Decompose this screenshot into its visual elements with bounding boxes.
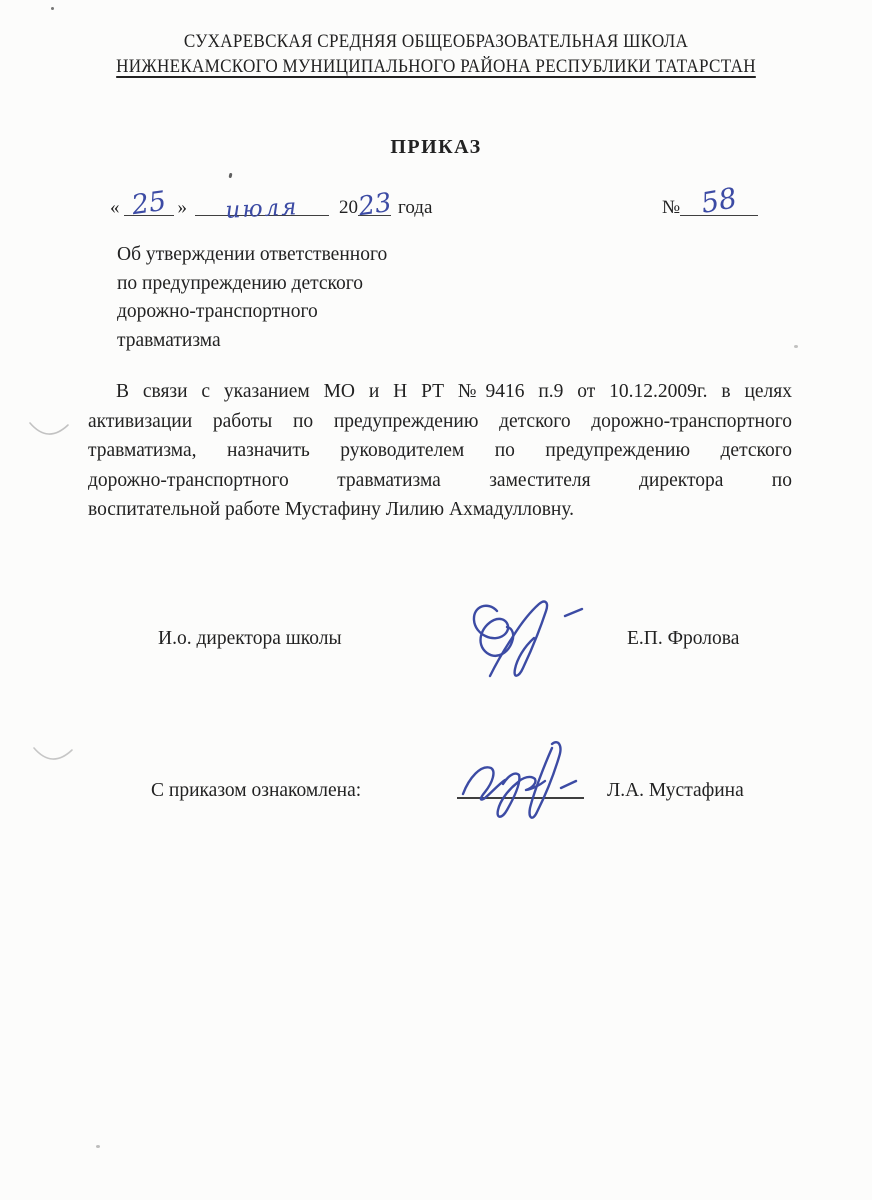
handwritten-year: 23 xyxy=(356,190,392,220)
scan-speck xyxy=(229,173,233,179)
body-line: дорожно-транспортного травматизма замест… xyxy=(88,466,792,496)
school-name: СУХАРЕВСКАЯ СРЕДНЯЯ ОБЩЕОБРАЗОВАТЕЛЬНАЯ … xyxy=(44,31,829,53)
body-line: травматизма, назначить руководителем по … xyxy=(88,436,792,466)
scanned-order-document: СУХАРЕВСКАЯ СРЕДНЯЯ ОБЩЕОБРАЗОВАТЕЛЬНАЯ … xyxy=(0,0,872,1200)
body-line: воспитательной работе Мустафину Лилию Ах… xyxy=(88,495,792,525)
number-blank: 58 xyxy=(680,195,758,216)
subject-line: травматизма xyxy=(117,327,387,356)
close-quote: » xyxy=(178,197,188,219)
director-role-label: И.о. директора школы xyxy=(158,628,342,650)
punch-hole-arc xyxy=(32,742,74,772)
order-number-line: № 58 xyxy=(662,192,758,219)
frolova-signature-icon xyxy=(466,594,591,686)
handwritten-number: 58 xyxy=(699,184,739,218)
year-blank: 23 xyxy=(358,195,391,216)
body-line: активизации работы по предупреждению дет… xyxy=(88,407,792,437)
subject-line: по предупреждению детского xyxy=(117,270,387,299)
subject-line: дорожно-транспортного xyxy=(117,298,387,327)
handwritten-day: 25 xyxy=(130,188,168,220)
scan-speck xyxy=(794,345,798,348)
acknowledgement-label: С приказом ознакомлена: xyxy=(151,780,361,802)
scan-speck xyxy=(51,7,54,10)
date-line: « 25 » июля 20 23 года xyxy=(110,192,432,219)
year-suffix: года xyxy=(398,197,432,219)
district-name: НИЖНЕКАМСКОГО МУНИЦИПАЛЬНОГО РАЙОНА РЕСП… xyxy=(44,56,829,78)
subject-block: Об утверждении ответственного по предупр… xyxy=(117,241,387,355)
subject-line: Об утверждении ответственного xyxy=(117,241,387,270)
document-title: ПРИКАЗ xyxy=(0,136,872,159)
open-quote: « xyxy=(110,197,120,219)
handwritten-month: июля xyxy=(225,196,299,223)
punch-hole-arc xyxy=(28,417,70,447)
scan-speck xyxy=(96,1145,100,1148)
body-line: В связи с указанием МО и Н РТ №9416 п.9 … xyxy=(88,377,792,407)
month-blank: июля xyxy=(195,195,329,216)
century-prefix: 20 xyxy=(339,197,358,219)
order-body: В связи с указанием МО и Н РТ №9416 п.9 … xyxy=(88,377,792,525)
day-blank: 25 xyxy=(124,195,174,216)
number-label: № xyxy=(662,197,680,219)
director-name: Е.П. Фролова xyxy=(627,628,739,650)
acknowledged-name: Л.А. Мустафина xyxy=(607,780,744,802)
mustafina-signature-icon xyxy=(455,738,583,830)
letterhead: СУХАРЕВСКАЯ СРЕДНЯЯ ОБЩЕОБРАЗОВАТЕЛЬНАЯ … xyxy=(0,31,872,78)
